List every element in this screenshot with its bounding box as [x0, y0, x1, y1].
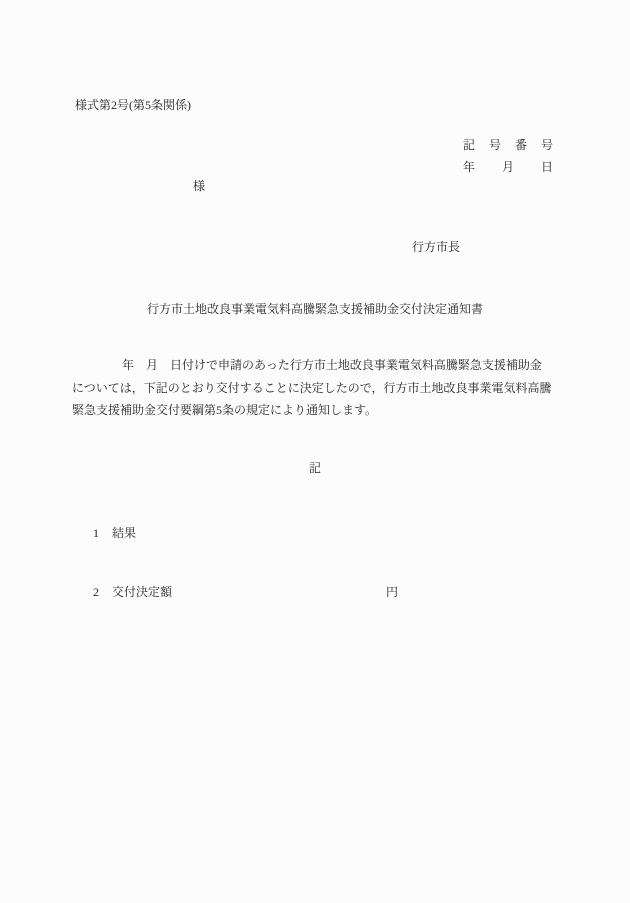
- sender-name: 行方市長: [412, 236, 460, 258]
- document-title: 行方市土地改良事業電気料高騰緊急支援補助金交付決定通知書: [0, 298, 630, 320]
- item-number: 2: [93, 581, 100, 603]
- item-label: 結果: [112, 526, 136, 540]
- document-page: 様式第2号(第5条関係) 記 号 番 号 年 月 日 様 行方市長 行方市土地改…: [0, 0, 630, 903]
- body-line: 緊急支援補助金交付要綱第5条の規定により通知します。: [72, 399, 564, 422]
- item-number: 1: [93, 522, 100, 544]
- date-line: 年 月 日: [463, 156, 554, 178]
- amount-unit-yen: 円: [386, 581, 398, 603]
- body-line: 年 月 日付けで申請のあった行方市土地改良事業電気料高騰緊急支援補助金: [72, 354, 564, 377]
- list-item-result: 1結果: [93, 522, 136, 544]
- addressee-honorific: 様: [193, 175, 205, 197]
- body-line: については，下記のとおり交付することに決定したので，行方市土地改良事業電気料高騰: [72, 377, 564, 400]
- item-label: 交付決定額: [112, 585, 172, 599]
- body-paragraph: 年 月 日付けで申請のあった行方市土地改良事業電気料高騰緊急支援補助金 について…: [72, 354, 564, 422]
- record-marker: 記: [0, 457, 630, 479]
- list-item-grant-amount: 2交付決定額: [93, 581, 172, 603]
- form-number: 様式第2号(第5条関係): [75, 94, 191, 116]
- reference-number-line: 記 号 番 号: [463, 134, 554, 156]
